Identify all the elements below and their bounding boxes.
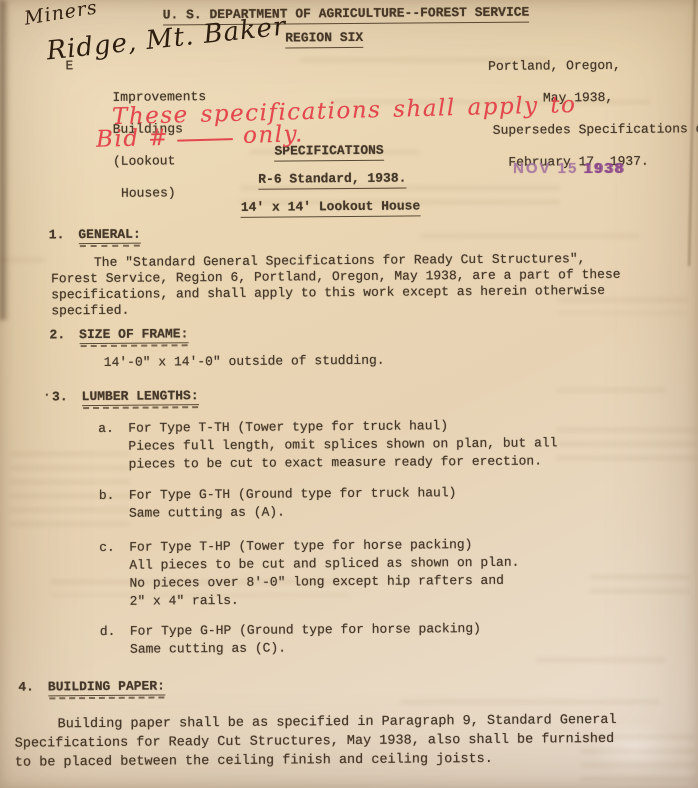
document-scan: U. S. DEPARTMENT OF AGRICULTURE--FOREST …	[0, 0, 698, 788]
date-line: Portland, Oregon,	[488, 58, 621, 74]
lumber-item-d: d.For Type G-HP (Ground type for horse p…	[100, 620, 481, 659]
title-house-text: 14' x 14' Lookout House	[241, 198, 421, 217]
item-letter: d.	[100, 623, 116, 641]
section-3-heading: 3.LUMBER LENGTHS:	[52, 388, 199, 405]
received-date-stamp: NOV 151938	[513, 160, 625, 177]
item-letter: c.	[99, 539, 115, 557]
section-4-paragraph: Building paper shall be as specified in …	[15, 711, 617, 773]
stamp-year: 1938	[583, 160, 624, 177]
section-number: 4.	[18, 679, 34, 694]
red-note-bid-label: Bid #	[96, 125, 170, 153]
department-header: U. S. DEPARTMENT OF AGRICULTURE--FOREST …	[0, 3, 695, 26]
section-1-heading: 1.GENERAL:	[49, 227, 141, 244]
section-title: BUILDING PAPER:	[48, 678, 165, 696]
section-2-paragraph: 14'-0" x 14'-0" outside of studding.	[104, 353, 385, 371]
item-text: For Type G-TH (Ground type for truck hau…	[129, 484, 457, 523]
photo-edge-shadow	[0, 0, 9, 320]
item-text: For Type T-TH (Tower type for truck haul…	[128, 416, 557, 473]
section-title: SIZE OF FRAME:	[79, 326, 188, 344]
section-number: 1.	[49, 227, 65, 242]
section-2-heading: 2.SIZE OF FRAME:	[49, 326, 188, 343]
lumber-item-c: c.For Type T-HP (Tower type for horse pa…	[99, 536, 520, 611]
region-header-text: REGION SIX	[285, 30, 363, 49]
date-line: Supersedes Specifications of	[493, 121, 698, 138]
red-note-only-label: only.	[243, 121, 304, 149]
section-title: GENERAL:	[78, 227, 141, 244]
lumber-item-b: b.For Type G-TH (Ground type for truck h…	[99, 484, 457, 523]
stamp-date: NOV 15	[513, 160, 578, 177]
section-title: LUMBER LENGTHS:	[82, 388, 199, 406]
item-letter: a.	[98, 420, 114, 438]
red-note-blank-line	[177, 138, 233, 141]
section-1-paragraph: The "Standard General Specifications for…	[51, 251, 621, 319]
item-text: For Type G-HP (Ground type for horse pac…	[130, 620, 481, 659]
section-number: 2.	[49, 327, 65, 342]
item-text: For Type T-HP (Tower type for horse pack…	[129, 536, 520, 611]
item-letter: b.	[99, 487, 115, 505]
section-number: 3.	[52, 389, 68, 404]
lumber-item-a: a.For Type T-TH (Tower type for truck ha…	[98, 416, 557, 474]
red-note-line2: Bid #only.	[96, 121, 304, 152]
section-4-heading: 4.BUILDING PAPER:	[18, 678, 165, 695]
title-standard-text: R-6 Standard, 1938.	[258, 171, 406, 190]
